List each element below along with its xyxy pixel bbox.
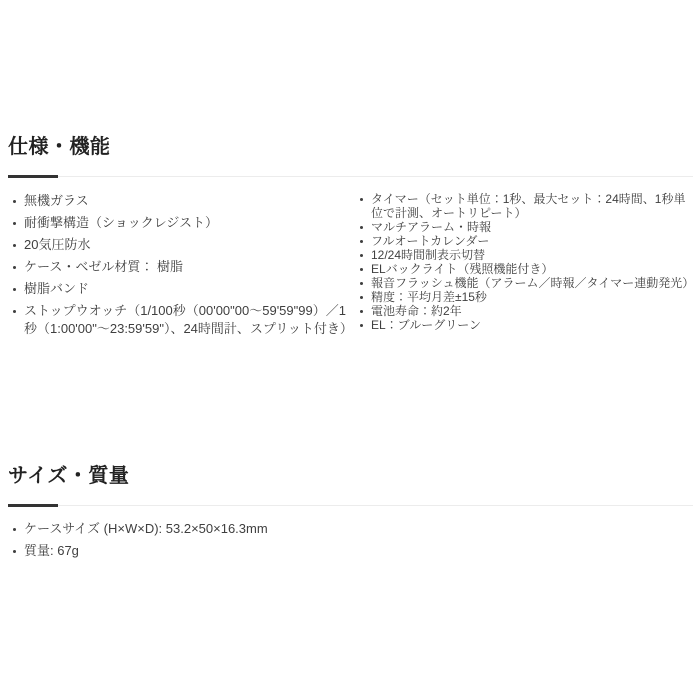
size-section-divider [8, 505, 693, 506]
list-item-text: 樹脂バンド [24, 281, 89, 296]
list-item: 報音フラッシュ機能（アラーム／時報／タイマー連動発光） [355, 276, 693, 290]
bullet-icon [13, 200, 16, 203]
list-item-text: 20気圧防水 [24, 237, 90, 252]
list-item-text: EL：ブルーグリーン [371, 318, 481, 332]
bullet-icon [360, 198, 363, 201]
specs-list-left: 無機ガラス耐衝撃構造（ショックレジスト）20気圧防水ケース・ベゼル材質： 樹脂樹… [8, 192, 355, 342]
list-item-text: 無機ガラス [24, 193, 89, 208]
list-item: フルオートカレンダー [355, 234, 693, 248]
list-item: 20気圧防水 [8, 236, 355, 254]
list-item: 精度：平均月差±15秒 [355, 290, 693, 304]
product-spec-page: 仕様・機能 無機ガラス耐衝撃構造（ショックレジスト）20気圧防水ケース・ベゼル材… [0, 0, 700, 700]
bullet-icon [360, 296, 363, 299]
bullet-icon [360, 254, 363, 257]
list-item: マルチアラーム・時報 [355, 220, 693, 234]
list-item: 12/24時間制表示切替 [355, 248, 693, 262]
bullet-icon [360, 310, 363, 313]
bullet-icon [13, 528, 16, 531]
bullet-icon [13, 288, 16, 291]
bullet-icon [13, 266, 16, 269]
bullet-icon [13, 310, 16, 313]
bullet-icon [13, 244, 16, 247]
specs-columns: 無機ガラス耐衝撃構造（ショックレジスト）20気圧防水ケース・ベゼル材質： 樹脂樹… [8, 192, 693, 342]
list-item-text: 精度：平均月差±15秒 [371, 290, 487, 304]
list-item-text: タイマー（セット単位：1秒、最大セット：24時間、1秒単位で計測、オートリピート… [371, 192, 685, 220]
list-item-text: 12/24時間制表示切替 [371, 248, 485, 262]
list-item: EL：ブルーグリーン [355, 318, 693, 332]
list-item: 樹脂バンド [8, 280, 355, 298]
size-weight-list: ケースサイズ (H×W×D): 53.2×50×16.3mm質量: 67g [8, 520, 693, 560]
bullet-icon [360, 268, 363, 271]
specs-list-right: タイマー（セット単位：1秒、最大セット：24時間、1秒単位で計測、オートリピート… [355, 192, 693, 342]
list-item: 耐衝撃構造（ショックレジスト） [8, 214, 355, 232]
list-item: 電池寿命：約2年 [355, 304, 693, 318]
list-item-text: フルオートカレンダー [371, 234, 489, 248]
specs-section-divider [8, 176, 693, 177]
list-item: ELバックライト（残照機能付き） [355, 262, 693, 276]
bullet-icon [360, 226, 363, 229]
list-item: 質量: 67g [8, 542, 693, 560]
list-item-text: ELバックライト（残照機能付き） [371, 262, 553, 276]
bullet-icon [360, 240, 363, 243]
specs-section-title: 仕様・機能 [8, 137, 693, 158]
specs-section-divider-accent [8, 175, 58, 178]
section-specs: 仕様・機能 無機ガラス耐衝撃構造（ショックレジスト）20気圧防水ケース・ベゼル材… [8, 137, 693, 342]
list-item-text: ストップウオッチ（1/100秒（00'00"00～59'59"99）／1秒（1:… [24, 303, 353, 336]
list-item-text: 電池寿命：約2年 [371, 304, 462, 318]
list-item: ケース・ベゼル材質： 樹脂 [8, 258, 355, 276]
section-size-weight: サイズ・質量 ケースサイズ (H×W×D): 53.2×50×16.3mm質量:… [8, 466, 693, 560]
size-section-divider-accent [8, 504, 58, 507]
bullet-icon [360, 324, 363, 327]
bullet-icon [13, 550, 16, 553]
list-item: ストップウオッチ（1/100秒（00'00"00～59'59"99）／1秒（1:… [8, 302, 355, 338]
bullet-icon [13, 222, 16, 225]
list-item-text: マルチアラーム・時報 [371, 220, 491, 234]
list-item: ケースサイズ (H×W×D): 53.2×50×16.3mm [8, 520, 693, 538]
list-item-text: 質量: 67g [24, 543, 79, 558]
list-item-text: 報音フラッシュ機能（アラーム／時報／タイマー連動発光） [371, 276, 694, 290]
list-item-text: ケースサイズ (H×W×D): 53.2×50×16.3mm [24, 521, 268, 536]
list-item-text: 耐衝撃構造（ショックレジスト） [24, 215, 218, 230]
size-section-title: サイズ・質量 [8, 466, 693, 487]
bullet-icon [360, 282, 363, 285]
list-item: タイマー（セット単位：1秒、最大セット：24時間、1秒単位で計測、オートリピート… [355, 192, 693, 220]
list-item-text: ケース・ベゼル材質： 樹脂 [24, 259, 183, 274]
list-item: 無機ガラス [8, 192, 355, 210]
